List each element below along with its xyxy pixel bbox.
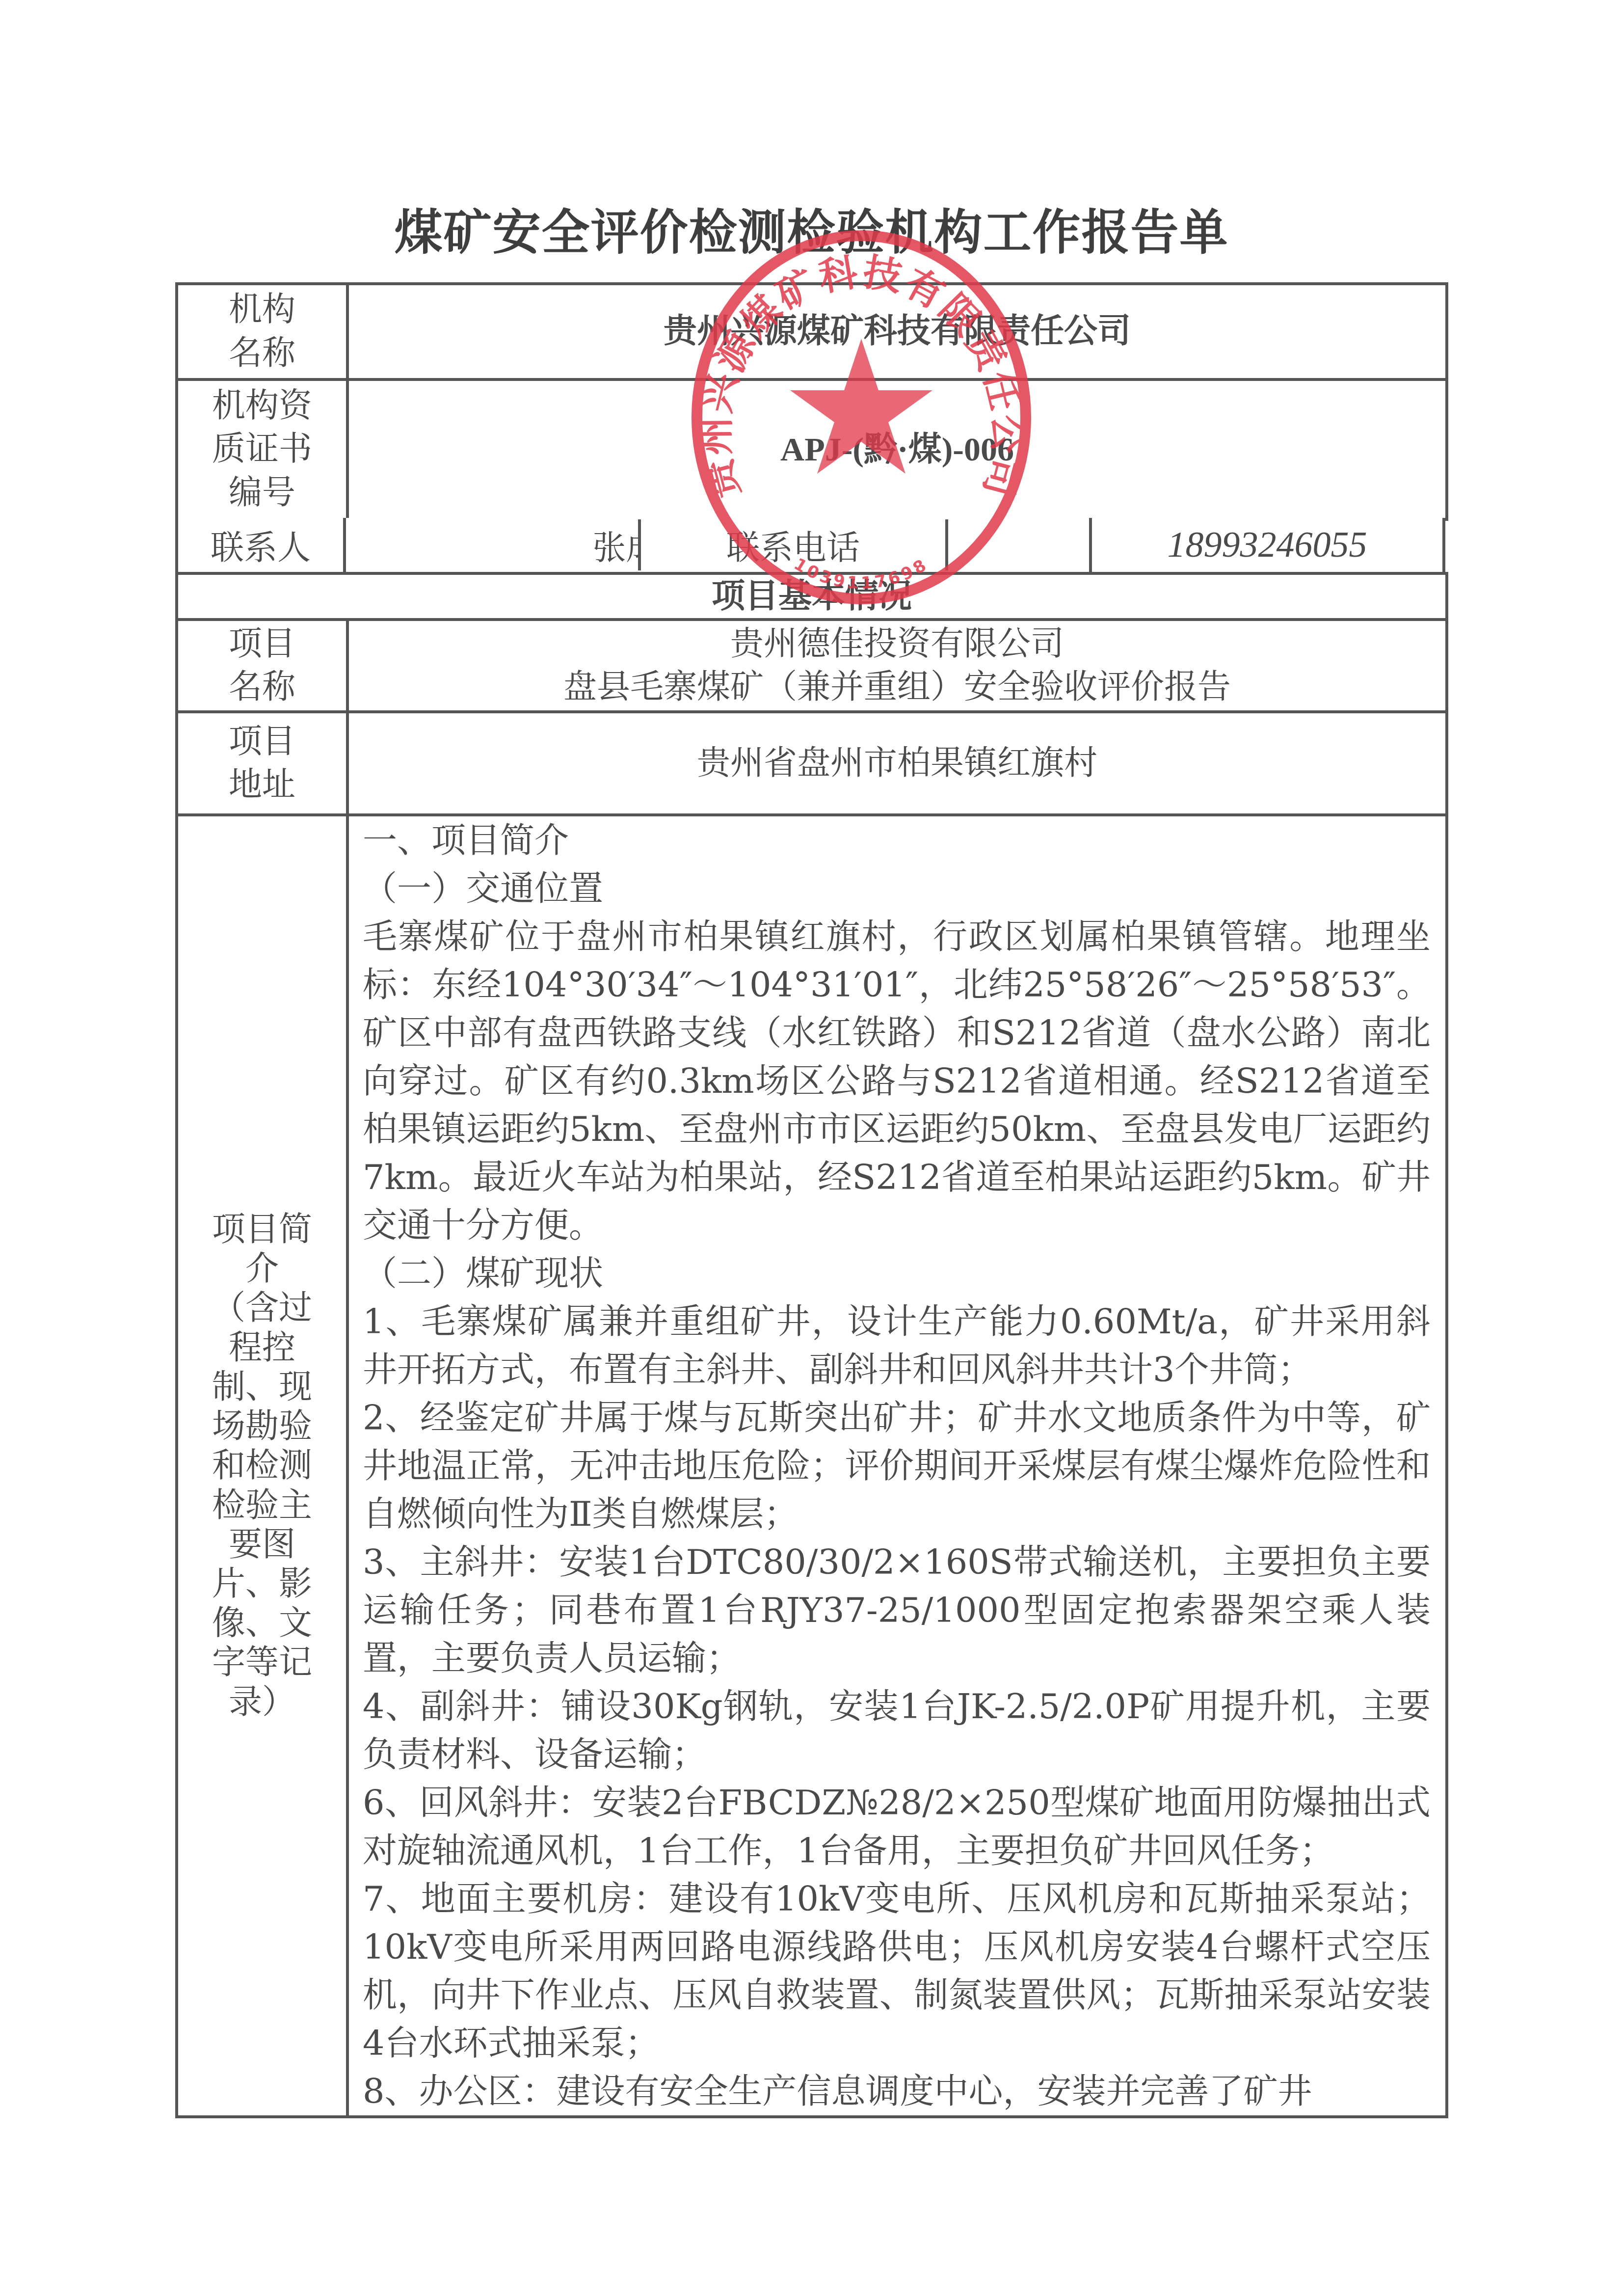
institution-name-label: 机构 名称: [177, 284, 347, 379]
project-address-value: 贵州省盘州市柏果镇红旗村: [347, 712, 1447, 815]
label-line: 和检测: [178, 1446, 346, 1486]
intro-item-8: 8、办公区：建设有安全生产信息调度中心，安装并完善了矿井: [363, 2067, 1431, 2115]
label-line: 介: [178, 1249, 346, 1289]
label-line: 制、现: [178, 1368, 346, 1407]
intro-paragraph-traffic: 毛寨煤矿位于盘州市柏果镇红旗村，行政区划属柏果镇管辖。地理坐标：东经104°30…: [363, 913, 1431, 1249]
intro-subheading-traffic: （一）交通位置: [363, 864, 1431, 913]
contact-label-cell: 联系人: [175, 518, 346, 572]
label-line: 名称: [178, 332, 346, 375]
document-title: 煤矿安全评价检测检验机构工作报告单: [0, 194, 1623, 263]
intro-item-1: 1、毛寨煤矿属兼并重组矿井，设计生产能力0.60Mt/a，矿井采用斜井开拓方式，…: [363, 1297, 1431, 1394]
project-intro-label: 项目简 介 （含过 程控 制、现 场勘验 和检测 检验主 要图 片、影 像、文 …: [177, 815, 347, 2117]
intro-item-3: 3、主斜井：安装1台DTC80/30/2×160S带式输送机，主要担负主要运输任…: [363, 1538, 1431, 1682]
label-line: 像、文: [178, 1604, 346, 1643]
label-line: 要图: [178, 1525, 346, 1565]
label-line: 机构: [178, 288, 346, 331]
label-line: 名称: [178, 666, 346, 709]
label-line: （含过: [178, 1289, 346, 1328]
project-intro-content: 一、项目简介 （一）交通位置 毛寨煤矿位于盘州市柏果镇红旗村，行政区划属柏果镇管…: [347, 815, 1447, 2117]
row-institution-name: 机构 名称 贵州兴源煤矿科技有限责任公司: [177, 284, 1447, 379]
label-line: 程控: [178, 1328, 346, 1368]
row-project-intro: 项目简 介 （含过 程控 制、现 场勘验 和检测 检验主 要图 片、影 像、文 …: [177, 815, 1447, 2117]
project-report-title: 盘县毛寨煤矿（兼并重组）安全验收评价报告: [349, 666, 1445, 709]
phone-value-cell: 18993246055: [1092, 518, 1445, 572]
intro-item-2: 2、经鉴定矿井属于煤与瓦斯突出矿井；矿井水文地质条件为中等，矿井地温正常，无冲击…: [363, 1394, 1431, 1538]
section-heading: 项目基本情况: [177, 573, 1447, 620]
row-project-name: 项目 名称 贵州德佳投资有限公司 盘县毛寨煤矿（兼并重组）安全验收评价报告: [177, 620, 1447, 712]
label-line: 检验主: [178, 1486, 346, 1525]
project-address-label: 项目 地址: [177, 712, 347, 815]
label-line: 地址: [178, 763, 346, 807]
intro-subheading-status: （二）煤矿现状: [363, 1249, 1431, 1297]
label-line: 编号: [178, 471, 346, 514]
label-line: 字等记: [178, 1643, 346, 1682]
project-name-label: 项目 名称: [177, 620, 347, 712]
cert-number-value: APJ-(黔·煤)-006: [347, 379, 1447, 519]
cert-number-label: 机构资 质证书 编号: [177, 379, 347, 519]
label-line: 场勘验: [178, 1407, 346, 1446]
row-project-address: 项目 地址 贵州省盘州市柏果镇红旗村: [177, 712, 1447, 815]
intro-item-6: 6、回风斜井：安装2台FBCDZ№28/2×250型煤矿地面用防爆抽出式对旋轴流…: [363, 1779, 1431, 1875]
row-section-heading: 项目基本情况: [177, 573, 1447, 620]
phone-label-overlay: 联系电话: [638, 519, 948, 570]
row-cert-number: 机构资 质证书 编号 APJ-(黔·煤)-006: [177, 379, 1447, 519]
intro-heading: 一、项目简介: [363, 816, 1431, 864]
phone-value-text: 18993246055: [1168, 524, 1367, 566]
intro-item-7: 7、地面主要机房：建设有10kV变电所、压风机房和瓦斯抽采泵站；10kV变电所采…: [363, 1875, 1431, 2067]
label-line: 机构资: [178, 384, 346, 428]
institution-name-value: 贵州兴源煤矿科技有限责任公司: [347, 284, 1447, 379]
project-name-value: 贵州德佳投资有限公司 盘县毛寨煤矿（兼并重组）安全验收评价报告: [347, 620, 1447, 712]
project-owner: 贵州德佳投资有限公司: [349, 622, 1445, 666]
phone-label-text: 联系电话: [726, 521, 860, 569]
label-line: 录）: [178, 1683, 346, 1722]
label-line: 质证书: [178, 428, 346, 471]
label-line: 项目简: [178, 1210, 346, 1249]
contact-label-text: 联系人: [211, 521, 311, 569]
label-line: 片、影: [178, 1565, 346, 1604]
label-line: 项目: [178, 720, 346, 763]
intro-item-4: 4、副斜井：铺设30Kg钢轨，安装1台JK-2.5/2.0P矿用提升机，主要负责…: [363, 1682, 1431, 1779]
label-line: 项目: [178, 622, 346, 666]
